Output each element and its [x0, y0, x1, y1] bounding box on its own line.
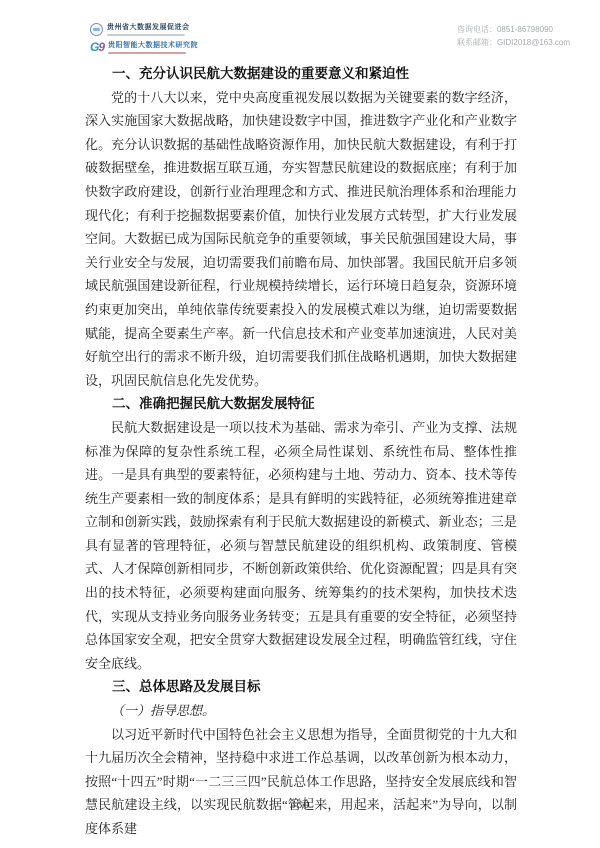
header-logos: 贵州省大数据发展促进会 G9 贵阳智能大数据技术研究院: [90, 23, 198, 54]
section-heading-3: 三、总体思路及发展目标: [85, 675, 517, 699]
sub-heading-guiding-ideology: （一）指导思想。: [85, 699, 517, 723]
contact-info: 咨询电话：0851-86798090 联系邮箱：GIDI2018@163.com: [457, 23, 570, 49]
institute-name: 贵阳智能大数据技术研究院: [108, 42, 198, 50]
section-heading-2: 二、准确把握民航大数据发展特征: [85, 392, 517, 416]
document-body: 一、充分认识民航大数据建设的重要意义和紧迫性 党的十八大以来，党中央高度重视发展…: [85, 62, 517, 841]
association-caption-bar: [107, 34, 185, 36]
contact-phone: 咨询电话：0851-86798090: [457, 23, 570, 36]
association-logo: 贵州省大数据发展促进会: [90, 23, 198, 36]
page-header: 贵州省大数据发展促进会 G9 贵阳智能大数据技术研究院 咨询电话：0851-86…: [90, 23, 570, 54]
section-heading-1: 一、充分认识民航大数据建设的重要意义和紧迫性: [85, 62, 517, 86]
page-footer: 330: [0, 799, 600, 811]
paragraph-1: 党的十八大以来，党中央高度重视发展以数据为关键要素的数字经济，深入实施国家大数据…: [85, 86, 517, 393]
institute-caption-bar: [108, 52, 186, 54]
association-name: 贵州省大数据发展促进会: [107, 24, 190, 32]
institute-logo: G9 贵阳智能大数据技术研究院: [90, 41, 198, 54]
paragraph-3: 以习近平新时代中国特色社会主义思想为指导，全面贯彻党的十九大和十九届历次全会精神…: [85, 723, 517, 841]
paragraph-2: 民航大数据建设是一项以技术为基础、需求为牵引、产业为支撑、法规标准为保障的复杂性…: [85, 416, 517, 676]
page-number: 330: [290, 799, 310, 811]
association-emblem-icon: [90, 23, 103, 36]
institute-mark-icon: G9: [90, 41, 104, 54]
document-page: 贵州省大数据发展促进会 G9 贵阳智能大数据技术研究院 咨询电话：0851-86…: [0, 0, 600, 848]
contact-email: 联系邮箱：GIDI2018@163.com: [457, 36, 570, 49]
